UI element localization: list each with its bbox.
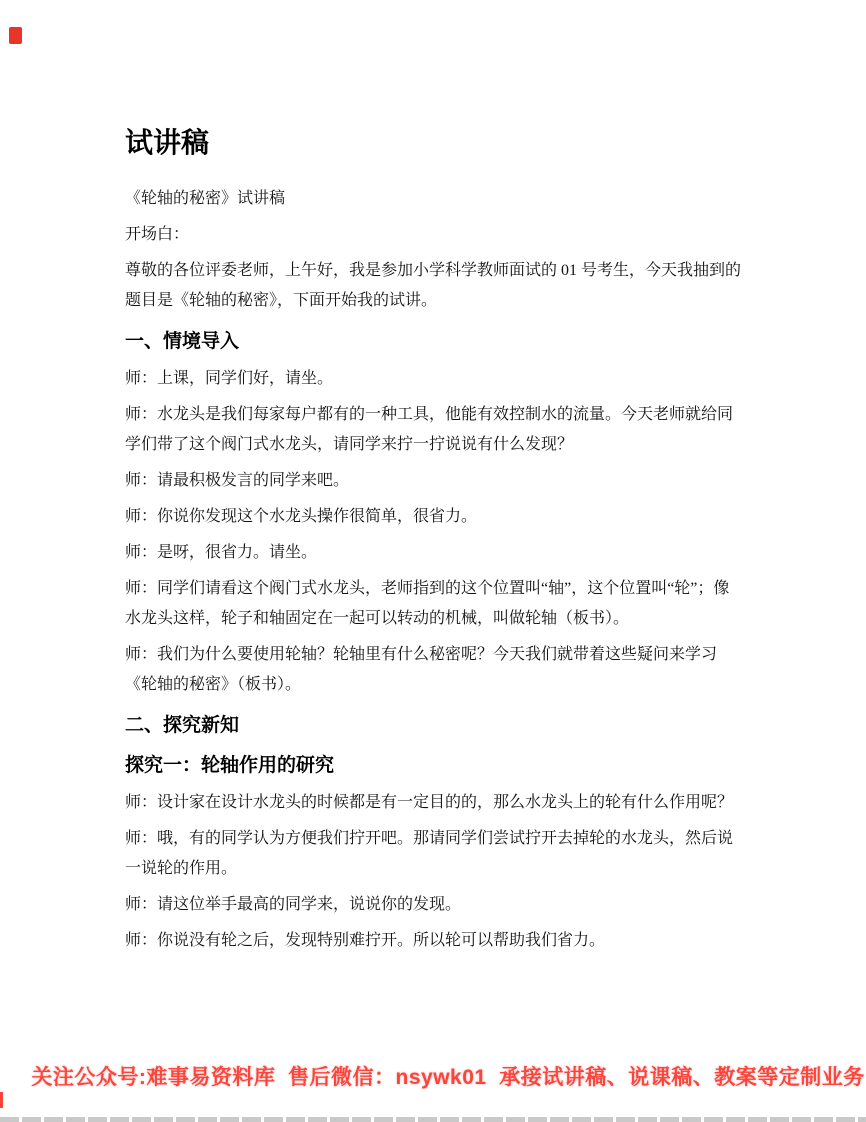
left-edge-red-sliver [0, 1092, 3, 1108]
section-heading: 探究一：轮轴作用的研究 [125, 752, 743, 780]
paragraph: 开场白： [125, 220, 743, 250]
section-heading: 一、情境导入 [125, 328, 743, 356]
paragraph: 师：你说你发现这个水龙头操作很简单，很省力。 [125, 502, 743, 532]
paragraph: 师：同学们请看这个阀门式水龙头，老师指到的这个位置叫“轴”，这个位置叫“轮”；像… [125, 574, 743, 634]
bottom-page-divider [0, 1117, 866, 1122]
paragraph: 师：设计家在设计水龙头的时候都是有一定目的的，那么水龙头上的轮有什么作用呢？ [125, 788, 743, 818]
paragraph: 师：是呀，很省力。请坐。 [125, 538, 743, 568]
paragraph: 师：水龙头是我们每家每户都有的一种工具，他能有效控制水的流量。今天老师就给同学们… [125, 400, 743, 460]
document-content: 试讲稿《轮轴的秘密》试讲稿开场白：尊敬的各位评委老师，上午好，我是参加小学科学教… [125, 124, 743, 962]
paragraph: 师：上课，同学们好，请坐。 [125, 364, 743, 394]
paragraph: 师：我们为什么要使用轮轴？轮轴里有什么秘密呢？今天我们就带着这些疑问来学习《轮轴… [125, 640, 743, 700]
document-title: 试讲稿 [125, 124, 743, 162]
paragraph: 师：哦，有的同学认为方便我们拧开吧。那请同学们尝试拧开去掉轮的水龙头，然后说一说… [125, 824, 743, 884]
red-corner-marker [9, 27, 22, 44]
section-heading: 二、探究新知 [125, 712, 743, 740]
paragraph: 师：请最积极发言的同学来吧。 [125, 466, 743, 496]
paragraph: 师：请这位举手最高的同学来，说说你的发现。 [125, 890, 743, 920]
paragraph: 师：你说没有轮之后，发现特别难拧开。所以轮可以帮助我们省力。 [125, 926, 743, 956]
paragraph: 尊敬的各位评委老师，上午好，我是参加小学科学教师面试的 01 号考生，今天我抽到… [125, 256, 743, 316]
promo-footer: 关注公众号:难事易资料库 售后微信：nsywk01 承接试讲稿、说课稿、教案等定… [6, 1037, 866, 1115]
paragraph: 《轮轴的秘密》试讲稿 [125, 184, 743, 214]
promo-footer-text: 关注公众号:难事易资料库 售后微信：nsywk01 承接试讲稿、说课稿、教案等定… [31, 1066, 864, 1089]
document-page: 试讲稿《轮轴的秘密》试讲稿开场白：尊敬的各位评委老师，上午好，我是参加小学科学教… [0, 0, 866, 1122]
